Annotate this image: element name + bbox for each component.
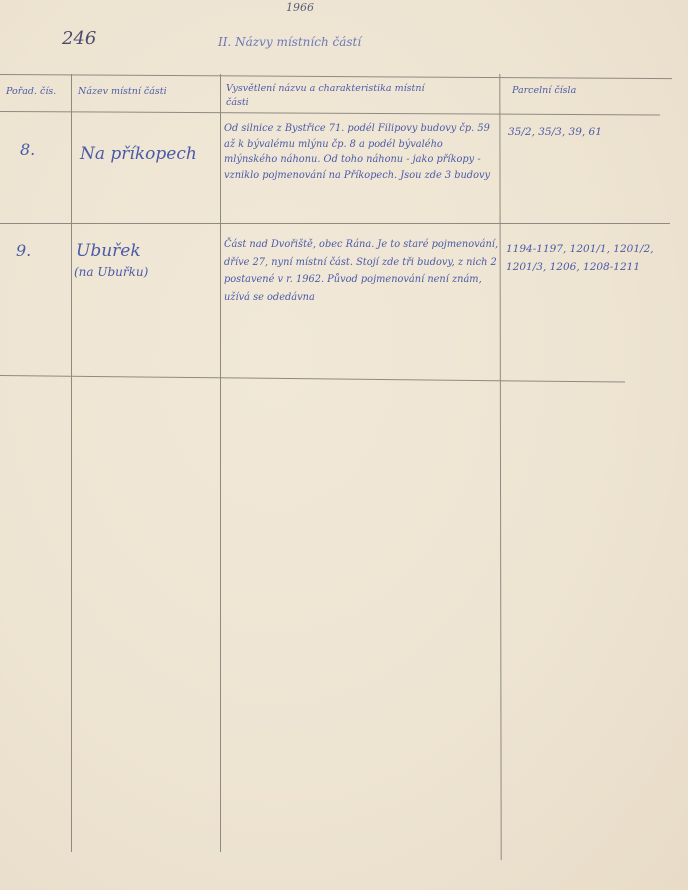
- column-header-name: Název místní části: [78, 87, 167, 97]
- parcel-numbers: 1194-1197, 1201/1, 1201/2, 1201/3, 1206,…: [506, 240, 656, 276]
- table-top-rule: [0, 74, 672, 79]
- row-number: 9.: [16, 243, 31, 259]
- locality-name: Ubuřek: [76, 243, 141, 260]
- locality-name: Na příkopech: [80, 146, 197, 163]
- header-bottom-rule: [0, 111, 660, 115]
- year-note: 1966: [286, 2, 314, 13]
- section-title: II. Názvy místních částí: [218, 36, 361, 48]
- page-number: 246: [62, 30, 96, 48]
- column-header-parcels: Parcelní čísla: [512, 86, 576, 96]
- col-divider-2: [220, 74, 221, 852]
- locality-description: Od silnice z Bystřice 71. podél Filipovy…: [224, 121, 499, 183]
- parcel-numbers: 35/2, 35/3, 39, 61: [508, 124, 658, 141]
- locality-alt-name: (na Ubuřku): [74, 266, 148, 278]
- row-number: 8.: [20, 142, 35, 158]
- column-header-number: Pořad. čís.: [6, 87, 56, 97]
- col-divider-3: [499, 74, 501, 860]
- ledger-page: 1966 246 II. Názvy místních částí Pořad.…: [0, 0, 688, 890]
- col-divider-1: [71, 74, 72, 852]
- locality-description: Část nad Dvořiště, obec Rána. Je to star…: [224, 236, 499, 306]
- column-header-description: Vysvětlení názvu a charakteristika místn…: [226, 82, 426, 110]
- row-9-bottom-rule: [0, 375, 625, 383]
- row-8-bottom-rule: [0, 223, 670, 224]
